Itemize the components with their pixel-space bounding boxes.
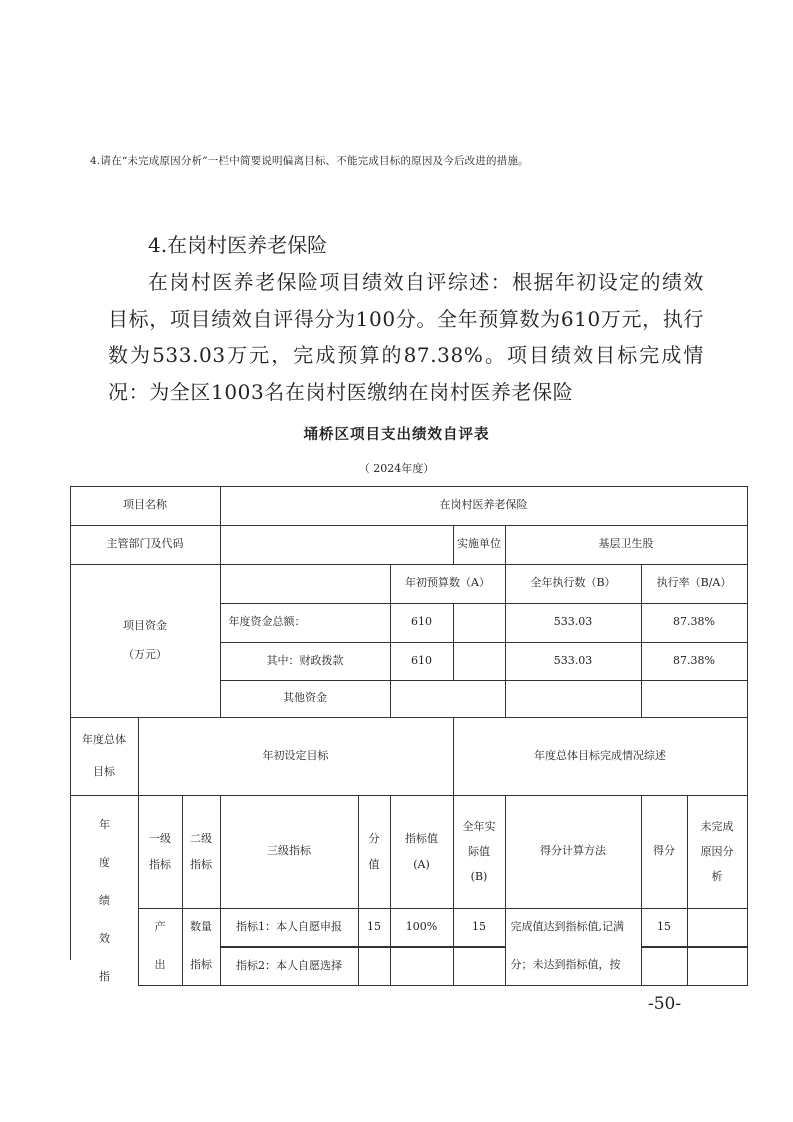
table-year: （ 2024年度）	[0, 460, 793, 476]
reason-cell	[687, 947, 748, 986]
funds-header-blank	[220, 564, 391, 604]
header-level2: 二级指标	[182, 795, 221, 909]
summary-paragraph: 在岗村医养老保险项目绩效自评综述：根据年初设定的绩效目标，项目绩效自评得分为10…	[108, 264, 704, 410]
completion-summary-header: 年度总体目标完成情况综述	[453, 717, 748, 796]
table-title: 埇桥区项目支出绩效自评表	[0, 423, 793, 444]
project-name-label: 项目名称	[70, 486, 221, 526]
score-cell	[641, 947, 688, 986]
header-score-value: 分值	[358, 795, 391, 909]
funds-row-budget	[390, 680, 506, 718]
impl-unit-label: 实施单位	[453, 525, 506, 565]
funds-row-rate	[641, 680, 748, 718]
overall-goal-line2: 目标	[93, 756, 115, 788]
level1-cell: 出	[138, 947, 183, 986]
actual-cell: 15	[453, 908, 506, 947]
funds-row-rate: 87.38%	[641, 603, 748, 643]
method-cell: 分；未达到指标值，按	[505, 947, 642, 986]
funds-row-blank	[453, 642, 506, 681]
funds-row-executed	[505, 680, 642, 718]
header-budget: 年初预算数（A）	[390, 564, 506, 604]
reason-cell	[687, 908, 748, 947]
header-level1: 一级指标	[138, 795, 183, 909]
method-cell: 完成值达到指标值,记满	[505, 908, 642, 947]
header-actual-value: 全年实际值(B)	[453, 795, 506, 909]
funds-row-budget: 610	[390, 642, 454, 681]
funds-row-label: 年度资金总额：	[220, 603, 391, 643]
funds-row-executed: 533.03	[505, 603, 642, 643]
level1-cell: 产	[138, 908, 183, 947]
level2-cell: 数量	[182, 908, 221, 947]
target-cell: 100%	[390, 908, 454, 947]
initial-goal-header: 年初设定目标	[138, 717, 454, 796]
funds-row-budget: 610	[390, 603, 454, 643]
header-target-value: 指标值(A)	[390, 795, 454, 909]
level2-cell: 指标	[182, 947, 221, 986]
funds-label-line2: （万元）	[123, 641, 167, 670]
funds-row-rate: 87.38%	[641, 642, 748, 681]
target-cell	[390, 947, 454, 986]
dept-label: 主管部门及代码	[70, 525, 221, 565]
score-value-cell	[358, 947, 391, 986]
score-cell: 15	[641, 908, 688, 947]
funds-label-line1: 项目资金	[123, 612, 167, 641]
impl-unit-value: 基层卫生股	[505, 525, 748, 565]
header-score: 得分	[641, 795, 688, 909]
overall-goal-label: 年度总体 目标	[70, 717, 139, 796]
project-name-value: 在岗村医养老保险	[220, 486, 748, 526]
funds-row-blank	[453, 603, 506, 643]
header-executed: 全年执行数（B）	[505, 564, 642, 604]
actual-cell	[453, 947, 506, 986]
page-number: -50-	[648, 994, 681, 1014]
header-method: 得分计算方法	[505, 795, 642, 909]
dept-value	[220, 525, 454, 565]
funds-row-label: 其中：财政拨款	[220, 642, 391, 681]
header-rate: 执行率（B/A）	[641, 564, 748, 604]
funds-row-executed: 533.03	[505, 642, 642, 681]
score-value-cell: 15	[358, 908, 391, 947]
funds-label: 项目资金 （万元）	[70, 564, 221, 718]
perf-side-label: 年 度 绩 效 指	[70, 795, 138, 960]
overall-goal-line1: 年度总体	[82, 724, 126, 756]
level3-cell: 指标2：本人自愿选择	[220, 947, 359, 986]
header-level3: 三级指标	[220, 795, 359, 909]
level3-cell: 指标1：本人自愿申报	[220, 908, 359, 947]
header-reason: 未完成原因分析	[687, 795, 748, 909]
funds-row-label: 其他资金	[220, 680, 391, 718]
instruction-note: 4.请在“未完成原因分析”一栏中简要说明偏离目标、不能完成目标的原因及今后改进的…	[90, 153, 529, 168]
section-heading: 4.在岗村医养老保险	[148, 229, 327, 258]
